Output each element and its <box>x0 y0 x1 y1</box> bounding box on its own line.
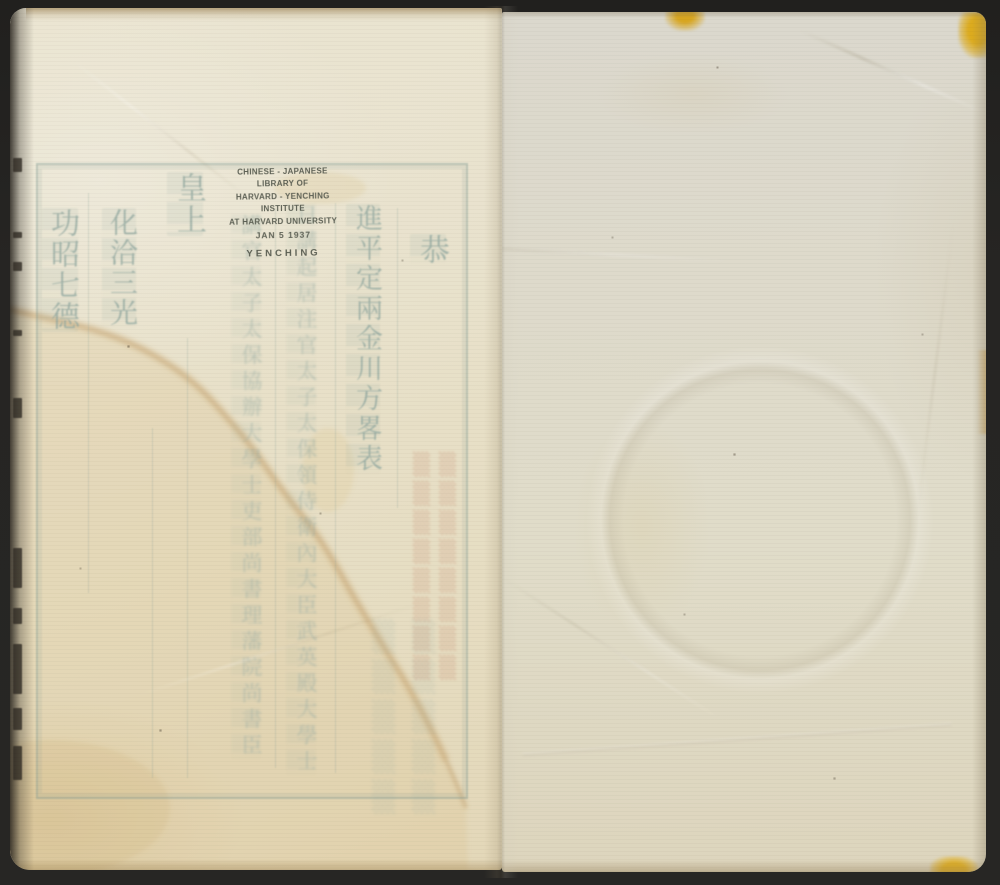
smudge-column: ▒▒▒▒▒ <box>398 620 438 798</box>
paper-crease <box>502 248 732 262</box>
paper-crease <box>522 723 951 756</box>
right-edge-shade <box>972 12 986 872</box>
spine-edge-mark <box>13 608 22 624</box>
ghost-column-line <box>88 193 89 593</box>
top-edge-shade <box>502 12 986 18</box>
paper-specks <box>502 12 503 13</box>
right-page-blank <box>502 12 986 872</box>
spine-edge-mark <box>13 330 22 336</box>
spine-edge-mark <box>13 398 22 418</box>
ghost-column-official-titles-left: 講官太子太保協辦大學士吏部尚書理藩院尚書臣 <box>231 214 261 760</box>
paper-grain <box>502 12 986 872</box>
stamp-line-3: AT HARVARD UNIVERSITY <box>218 215 348 229</box>
ghost-column-hua-qia: 化洽三光 <box>102 208 136 328</box>
deep-showthrough-smudge: ▒▒▒▒▒ ▒▒▒▒▒ <box>358 620 460 798</box>
stamp-yenching: YENCHING <box>218 247 348 260</box>
stamp-line-2: HARVARD - YENCHING INSTITUTE <box>218 190 348 217</box>
smudge-column: ▒▒▒▒▒ <box>358 620 398 798</box>
bottom-edge-shade <box>502 860 986 872</box>
spine-edge-mark <box>13 644 22 694</box>
paper-crease <box>916 223 955 521</box>
spine-edge-mark <box>13 232 22 238</box>
ghost-column-line <box>335 203 336 773</box>
ghost-column-huang-shang: 皇上 <box>167 172 203 236</box>
ghost-column-line <box>275 208 276 768</box>
ghost-column-gong: 恭 <box>410 234 446 264</box>
book-scan: 恭 進平定兩金川方畧表 日講起居注官太子太保領侍衛內大臣武英殿大學士 講官太子太… <box>0 0 1000 885</box>
bottom-edge-wear <box>10 859 502 870</box>
library-stamp: CHINESE - JAPANESE LIBRARY OF HARVARD - … <box>217 165 348 260</box>
ghost-column-line <box>397 208 398 508</box>
spine-edge-mark <box>13 158 22 172</box>
stamp-date: JAN 5 1937 <box>218 228 348 243</box>
ghost-column-title: 進平定兩金川方畧表 <box>346 204 380 474</box>
paper-crease <box>502 577 721 720</box>
paper-crease <box>800 29 984 113</box>
spine-edge-mark <box>13 262 22 271</box>
spine-edge-mark <box>13 708 22 730</box>
ghost-column-official-titles-right: 日講起居注官太子太保領侍衛內大臣武英殿大學士 <box>286 204 316 776</box>
left-page: 恭 進平定兩金川方畧表 日講起居注官太子太保領侍衛內大臣武英殿大學士 講官太子太… <box>10 8 502 870</box>
spine-edge-mark <box>13 746 22 780</box>
top-edge-wear <box>26 8 502 21</box>
ghost-column-gong-zhao: 功昭七德 <box>42 208 78 332</box>
ghost-column-line <box>152 428 153 778</box>
stamp-line-1: CHINESE - JAPANESE LIBRARY OF <box>217 165 347 192</box>
paper-specks <box>10 8 11 9</box>
ghost-column-line <box>187 338 188 778</box>
spine-shadow <box>10 8 34 870</box>
spine-edge-mark <box>13 548 22 588</box>
